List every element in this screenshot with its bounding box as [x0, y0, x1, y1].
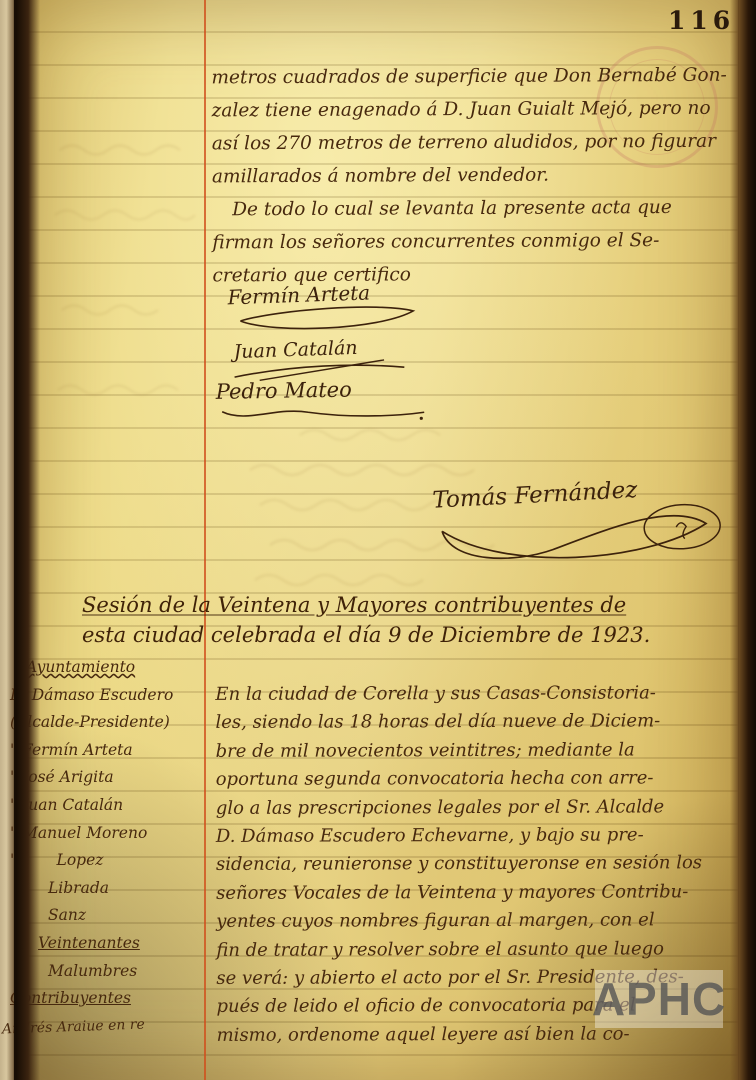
- text-line: así los 270 metros de terreno aludidos, …: [212, 125, 744, 161]
- red-margin-rule: [204, 0, 206, 1080]
- binding-shadow: [14, 0, 40, 1080]
- signature-tomas-fernandez: Tomás Fernández: [432, 472, 731, 579]
- closing-paragraph: metros cuadrados de superficie que Don B…: [211, 59, 744, 293]
- text-line: fin de tratar y resolver sobre el asunto…: [216, 935, 744, 965]
- text-line: D. Dámaso Escudero Echevarne, y bajo su …: [216, 821, 744, 851]
- text-line: les, siendo las 18 horas del día nueve d…: [215, 707, 743, 737]
- heading-line: esta ciudad celebrada el día 9 de Diciem…: [82, 620, 722, 650]
- text-line: sidencia, reunieronse y constituyeronse …: [216, 850, 744, 880]
- text-line: señores Vocales de la Veintena y mayores…: [216, 878, 744, 908]
- text-line: firman los señores concurrentes conmigo …: [212, 224, 744, 260]
- page-number: 116: [668, 6, 735, 35]
- heading-line: Sesión de la Veintena y Mayores contribu…: [82, 590, 722, 620]
- text-line: glo a las prescripciones legales por el …: [216, 793, 744, 823]
- signature-pedro-mateo: Pedro Mateo: [216, 376, 432, 428]
- watermark-text: APHC: [592, 972, 726, 1026]
- manuscript-scan: 116 metros cuadrados de superficie que D…: [0, 0, 756, 1080]
- text-line: De todo lo cual se levanta la presente a…: [212, 191, 744, 227]
- text-line: yentes cuyos nombres figuran al margen, …: [216, 906, 744, 936]
- session-heading: Sesión de la Veintena y Mayores contribu…: [82, 590, 722, 650]
- text-line: bre de mil novecientos veintitres; media…: [216, 736, 744, 766]
- text-line: oportuna segunda convocatoria hecha con …: [216, 764, 744, 794]
- archive-watermark: APHC: [595, 970, 723, 1028]
- signature-fermin-arteta: Fermín Arteta: [227, 279, 424, 338]
- text-line: En la ciudad de Corella y sus Casas-Cons…: [215, 679, 743, 709]
- book-right-edge: [730, 0, 756, 1080]
- text-line: amillarados á nombre del vendedor.: [212, 158, 744, 194]
- text-line: metros cuadrados de superficie que Don B…: [211, 59, 743, 95]
- signature-flourish: [216, 400, 431, 428]
- text-line: zalez tiene enagenado á D. Juan Guialt M…: [212, 92, 744, 128]
